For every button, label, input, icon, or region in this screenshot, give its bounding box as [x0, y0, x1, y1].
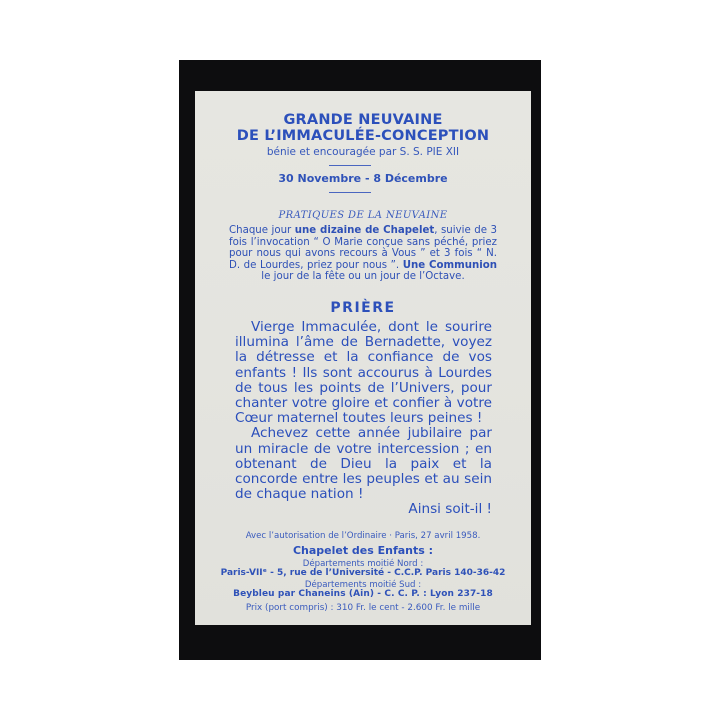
dates: 30 Novembre - 8 Décembre [195, 172, 531, 185]
practices-p2-bold: Une Communion [403, 260, 497, 271]
practices-p2-post: le jour de la fête ou un jour de l’Octav… [261, 271, 464, 282]
practices-title: PRATIQUES DE LA NEUVAINE [195, 210, 531, 221]
address-south: Beybleu par Chaneins (Ain) - C. C. P. : … [195, 589, 531, 599]
practices-p1-bold: une dizaine de Chapelet [295, 225, 434, 236]
divider-top [329, 165, 371, 166]
prayer-amen: Ainsi soit-il ! [235, 502, 492, 517]
prayer-card: GRANDE NEUVAINE DE L’IMMACULÉE-CONCEPTIO… [195, 91, 531, 625]
subtitle: bénie et encouragée par S. S. PIE XII [195, 146, 531, 158]
practices-text: Chaque jour une dizaine de Chapelet, sui… [229, 225, 497, 283]
price-line: Prix (port compris) : 310 Fr. le cent - … [195, 603, 531, 613]
publisher-name: Chapelet des Enfants : [195, 544, 531, 557]
prayer-paragraph-2: Achevez cette année jubilaire par un mir… [235, 426, 492, 502]
prayer-title: PRIÈRE [195, 300, 531, 316]
prayer-text: Vierge Immaculée, dont le sourire illumi… [235, 320, 492, 518]
prayer-paragraph-1: Vierge Immaculée, dont le sourire illumi… [235, 320, 492, 426]
practices-p1-pre: Chaque jour [229, 225, 295, 236]
title-line-2: DE L’IMMACULÉE-CONCEPTION [195, 128, 531, 144]
address-north: Paris-VIIᵉ - 5, rue de l’Université - C.… [195, 568, 531, 578]
title-line-1: GRANDE NEUVAINE [195, 112, 531, 128]
authorization-line: Avec l’autorisation de l’Ordinaire · Par… [195, 531, 531, 541]
divider-bottom [329, 192, 371, 193]
